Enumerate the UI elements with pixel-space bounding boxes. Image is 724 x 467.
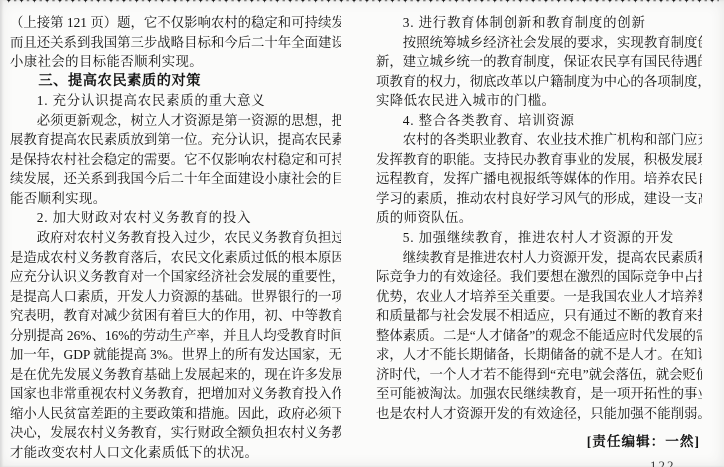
text-line: 政府对农村义务教育投入过少，农民义务教育负担过重: [10, 228, 341, 248]
text-line: 求，人才不能长期储备，长期储备的就不是人才。在知识经: [376, 345, 702, 365]
text-line: 决心，发展农村义务教育，实行财政全额负担农村义务教育，: [10, 423, 341, 443]
text-line: 能否顺利实现。: [10, 189, 341, 209]
text-line: 发挥教育的职能。支持民办教育事业的发展，积极发展现代: [376, 150, 702, 170]
text-line: 继续教育是推进农村人力资源开发，提高农民素质和国: [376, 248, 702, 268]
text-line: 应充分认识义务教育对一个国家经济社会发展的重要性，也: [10, 267, 341, 287]
text-line: 学习的素质，推动农村良好学习风气的形成，建设一支高素: [376, 189, 702, 209]
text-line: 国家也非常重视农村义务教育，把增加对义务教育投入作为: [10, 384, 341, 404]
right-column: 3. 进行教育体制创新和教育制度的创新按照统筹城乡经济社会发展的要求，实现教育制…: [376, 13, 702, 467]
section-heading: 三、提高农民素质的对策: [10, 72, 341, 92]
subsection-heading: 2. 加大财政对农村义务教育的投入: [10, 208, 341, 228]
text-line: 远程教育，发挥广播电视报纸等媒体的作用。培养农民自觉: [376, 169, 702, 189]
text-line: 展教育提高农民素质放到第一位。充分认识，提高农民素质: [10, 130, 341, 150]
text-line: 质的师资队伍。: [376, 208, 702, 228]
page-number: 122: [650, 458, 676, 467]
text-line: 项教育的权力，彻底改革以户籍制度为中心的各项制度，切: [376, 72, 702, 92]
text-line: 际竞争力的有效途径。我们要想在激烈的国际竞争中占据: [376, 267, 702, 287]
text-line: 也是农村人才资源开发的有效途径，只能加强不能削弱。◇: [376, 404, 702, 424]
two-column-text-area: （上接第 121 页）题，它不仅影响农村的稳定和可持续发展，而且还关系到我国第三…: [0, 13, 724, 467]
text-line: 而且还关系到我国第三步战略目标和今后二十年全面建设: [10, 33, 341, 53]
text-line: 是在优先发展义务教育基础上发展起来的，现在许多发展中: [10, 365, 341, 385]
text-line: 必须更新观念，树立人才资源是第一资源的思想，把发: [10, 111, 341, 131]
text-line: 缩小人民贫富差距的主要政策和措施。因此，政府必须下大: [10, 404, 341, 424]
text-line: （上接第 121 页）题，它不仅影响农村的稳定和可持续发展，: [10, 13, 341, 33]
subsection-heading: 5. 加强继续教育，推进农村人才资源的开发: [376, 228, 702, 248]
text-line: 按照统筹城乡经济社会发展的要求，实现教育制度创: [376, 33, 702, 53]
scanned-journal-page: ✦-✦-✦-✦-✦-✦-✦-✦-✦-✦-✦-✦-✦-✦-✦-✦-✦-✦-✦-✦-…: [0, 0, 724, 467]
text-line: 小康社会的目标能否顺利实现。: [10, 52, 341, 72]
text-line: 至可能被淘汰。加强农民继续教育，是一项开拓性的事业，: [376, 384, 702, 404]
text-line: 实降低农民进入城市的门槛。: [376, 91, 702, 111]
left-column: （上接第 121 页）题，它不仅影响农村的稳定和可持续发展，而且还关系到我国第三…: [10, 13, 341, 467]
text-line: 是造成农村义务教育落后，农民文化素质过低的根本原因。: [10, 248, 341, 268]
subsection-heading: 1. 充分认识提高农民素质的重大意义: [10, 91, 341, 111]
text-line: 新，建立城乡统一的教育制度，保证农民享有国民待遇的各: [376, 52, 702, 72]
text-line: 是提高人口素质，开发人力资源的基础。世界银行的一项研: [10, 287, 341, 307]
text-line: 济时代，一个人才若不能得到“充电”就会落伍，就会贬值，甚: [376, 365, 702, 385]
text-line: 整体素质。二是“人才储备”的观念不能适应时代发展的需: [376, 326, 702, 346]
text-line: 农村的各类职业教育、农业技术推广机构和部门应充分: [376, 130, 702, 150]
subsection-heading: 4. 整合各类教育、培训资源: [376, 111, 702, 131]
text-line: 加一年，GDP 就能提高 3%。世界上的所有发达国家，无不: [10, 345, 341, 365]
text-line: 才能改变农村人口文化素质低下的状况。: [10, 443, 341, 463]
text-line: 是保持农村社会稳定的需要。它不仅影响农村稳定和可持: [10, 150, 341, 170]
text-line: 优势，农业人才培养至关重要。一是我国农业人才培养数量: [376, 287, 702, 307]
decorative-rule-pattern: ✦-✦-✦-✦-✦-✦-✦-✦-✦-✦-✦-✦-✦-✦-✦-✦-✦-✦-✦-✦-…: [5, 0, 719, 7]
text-line: 分别提高 26%、16%的劳动生产率，并且人均受教育时间增: [10, 326, 341, 346]
decorative-top-rule: ✦-✦-✦-✦-✦-✦-✦-✦-✦-✦-✦-✦-✦-✦-✦-✦-✦-✦-✦-✦-…: [5, 0, 719, 8]
subsection-heading: 3. 进行教育体制创新和教育制度的创新: [376, 13, 702, 33]
text-line: 续发展，还关系到我国今后二十年全面建设小康社会的目标: [10, 169, 341, 189]
editor-credit: [责任编辑：一然]: [376, 432, 702, 452]
text-line: 究表明，教育对减少贫困有着巨大的作用，初、中等教育能够: [10, 306, 341, 326]
text-line: 和质量都与社会发展不相适应，只有通过不断的教育来提高: [376, 306, 702, 326]
